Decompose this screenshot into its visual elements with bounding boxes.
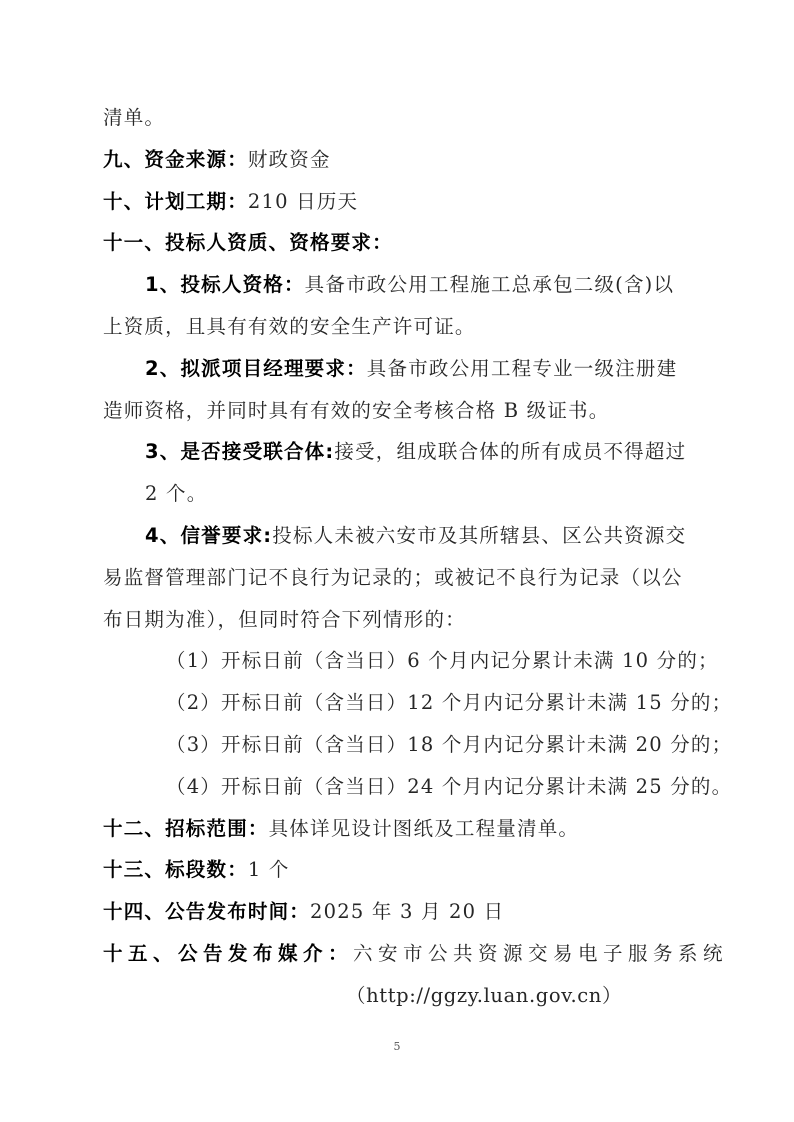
section-publish-media: 十五、公告发布媒介：六安市公共资源交易电子服务系统 [103, 933, 693, 975]
section-heading: 十五、公告发布媒介： [103, 942, 353, 965]
body-text: 上资质，且具有有效的安全生产许可证。 [103, 315, 476, 338]
item-heading: 1、投标人资格： [145, 273, 305, 296]
item-heading: 2、拟派项目经理要求： [145, 357, 367, 380]
section-bidder-qualification: 十一、投标人资质、资格要求： [103, 222, 693, 264]
item-text: 具备市政公用工程施工总承包二级(含)以 [305, 273, 675, 296]
condition-text: （1）开标日前（含当日）6 个月内记分累计未满 10 分的； [166, 649, 719, 672]
item-text: 具备市政公用工程专业一级注册建 [367, 357, 678, 380]
body-text: 清单。 [103, 106, 165, 129]
paragraph-line: 2 个。 [103, 473, 693, 515]
paragraph-line: 造师资格，并同时具有有效的安全考核合格 B 级证书。 [103, 390, 693, 432]
document-page: 清单。 九、资金来源：财政资金 十、计划工期：210 日历天 十一、投标人资质、… [103, 97, 693, 1017]
publish-media-url: （http://ggzy.luan.gov.cn） [103, 975, 693, 1017]
item-bidder-qualification: 1、投标人资格：具备市政公用工程施工总承包二级(含)以 [103, 264, 693, 306]
page-number: 5 [0, 1040, 794, 1053]
section-construction-period: 十、计划工期：210 日历天 [103, 181, 693, 223]
item-text: 接受，组成联合体的所有成员不得超过 [334, 440, 686, 463]
condition-text: （4）开标日前（含当日）24 个月内记分累计未满 25 分的。 [166, 775, 732, 798]
section-value: 210 日历天 [248, 190, 358, 213]
section-heading: 十、计划工期： [103, 190, 248, 213]
section-heading: 九、资金来源： [103, 148, 248, 171]
section-heading: 十四、公告发布时间： [103, 900, 310, 923]
section-publish-date: 十四、公告发布时间：2025 年 3 月 20 日 [103, 891, 693, 933]
section-value: 2025 年 3 月 20 日 [310, 900, 504, 923]
section-value: 财政资金 [248, 148, 331, 171]
section-heading: 十三、标段数： [103, 858, 248, 881]
list-item-condition-3: （3）开标日前（含当日）18 个月内记分累计未满 20 分的； [103, 724, 693, 766]
section-bidding-scope: 十二、招标范围：具体详见设计图纸及工程量清单。 [103, 808, 693, 850]
paragraph-line: 清单。 [103, 97, 693, 139]
section-lot-count: 十三、标段数：1 个 [103, 849, 693, 891]
condition-text: （3）开标日前（含当日）18 个月内记分累计未满 20 分的； [166, 733, 732, 756]
item-joint-venture: 3、是否接受联合体:接受，组成联合体的所有成员不得超过 [103, 431, 693, 473]
condition-text: （2）开标日前（含当日）12 个月内记分累计未满 15 分的； [166, 691, 732, 714]
item-credit-requirement: 4、信誉要求:投标人未被六安市及其所辖县、区公共资源交 [103, 515, 693, 557]
paragraph-line: 布日期为准），但同时符合下列情形的： [103, 599, 693, 641]
section-value: 1 个 [248, 858, 290, 881]
list-item-condition-1: （1）开标日前（含当日）6 个月内记分累计未满 10 分的； [103, 640, 693, 682]
item-text: 投标人未被六安市及其所辖县、区公共资源交 [272, 524, 686, 547]
section-funding-source: 九、资金来源：财政资金 [103, 139, 693, 181]
list-item-condition-4: （4）开标日前（含当日）24 个月内记分累计未满 25 分的。 [103, 766, 693, 808]
item-heading: 4、信誉要求: [145, 524, 272, 547]
section-value: 六安市公共资源交易电子服务系统 [353, 942, 728, 965]
section-heading: 十一、投标人资质、资格要求： [103, 231, 393, 254]
list-item-condition-2: （2）开标日前（含当日）12 个月内记分累计未满 15 分的； [103, 682, 693, 724]
body-text: 易监督管理部门记不良行为记录的；或被记不良行为记录（以公 [103, 566, 683, 589]
section-value: 具体详见设计图纸及工程量清单。 [269, 817, 580, 840]
body-text: 造师资格，并同时具有有效的安全考核合格 B 级证书。 [103, 399, 609, 422]
body-text: 2 个。 [145, 482, 207, 505]
url-text: （http://ggzy.luan.gov.cn） [346, 984, 622, 1007]
body-text: 布日期为准），但同时符合下列情形的： [103, 608, 466, 631]
paragraph-line: 易监督管理部门记不良行为记录的；或被记不良行为记录（以公 [103, 557, 693, 599]
section-heading: 十二、招标范围： [103, 817, 269, 840]
item-project-manager: 2、拟派项目经理要求：具备市政公用工程专业一级注册建 [103, 348, 693, 390]
paragraph-line: 上资质，且具有有效的安全生产许可证。 [103, 306, 693, 348]
item-heading: 3、是否接受联合体: [145, 440, 334, 463]
